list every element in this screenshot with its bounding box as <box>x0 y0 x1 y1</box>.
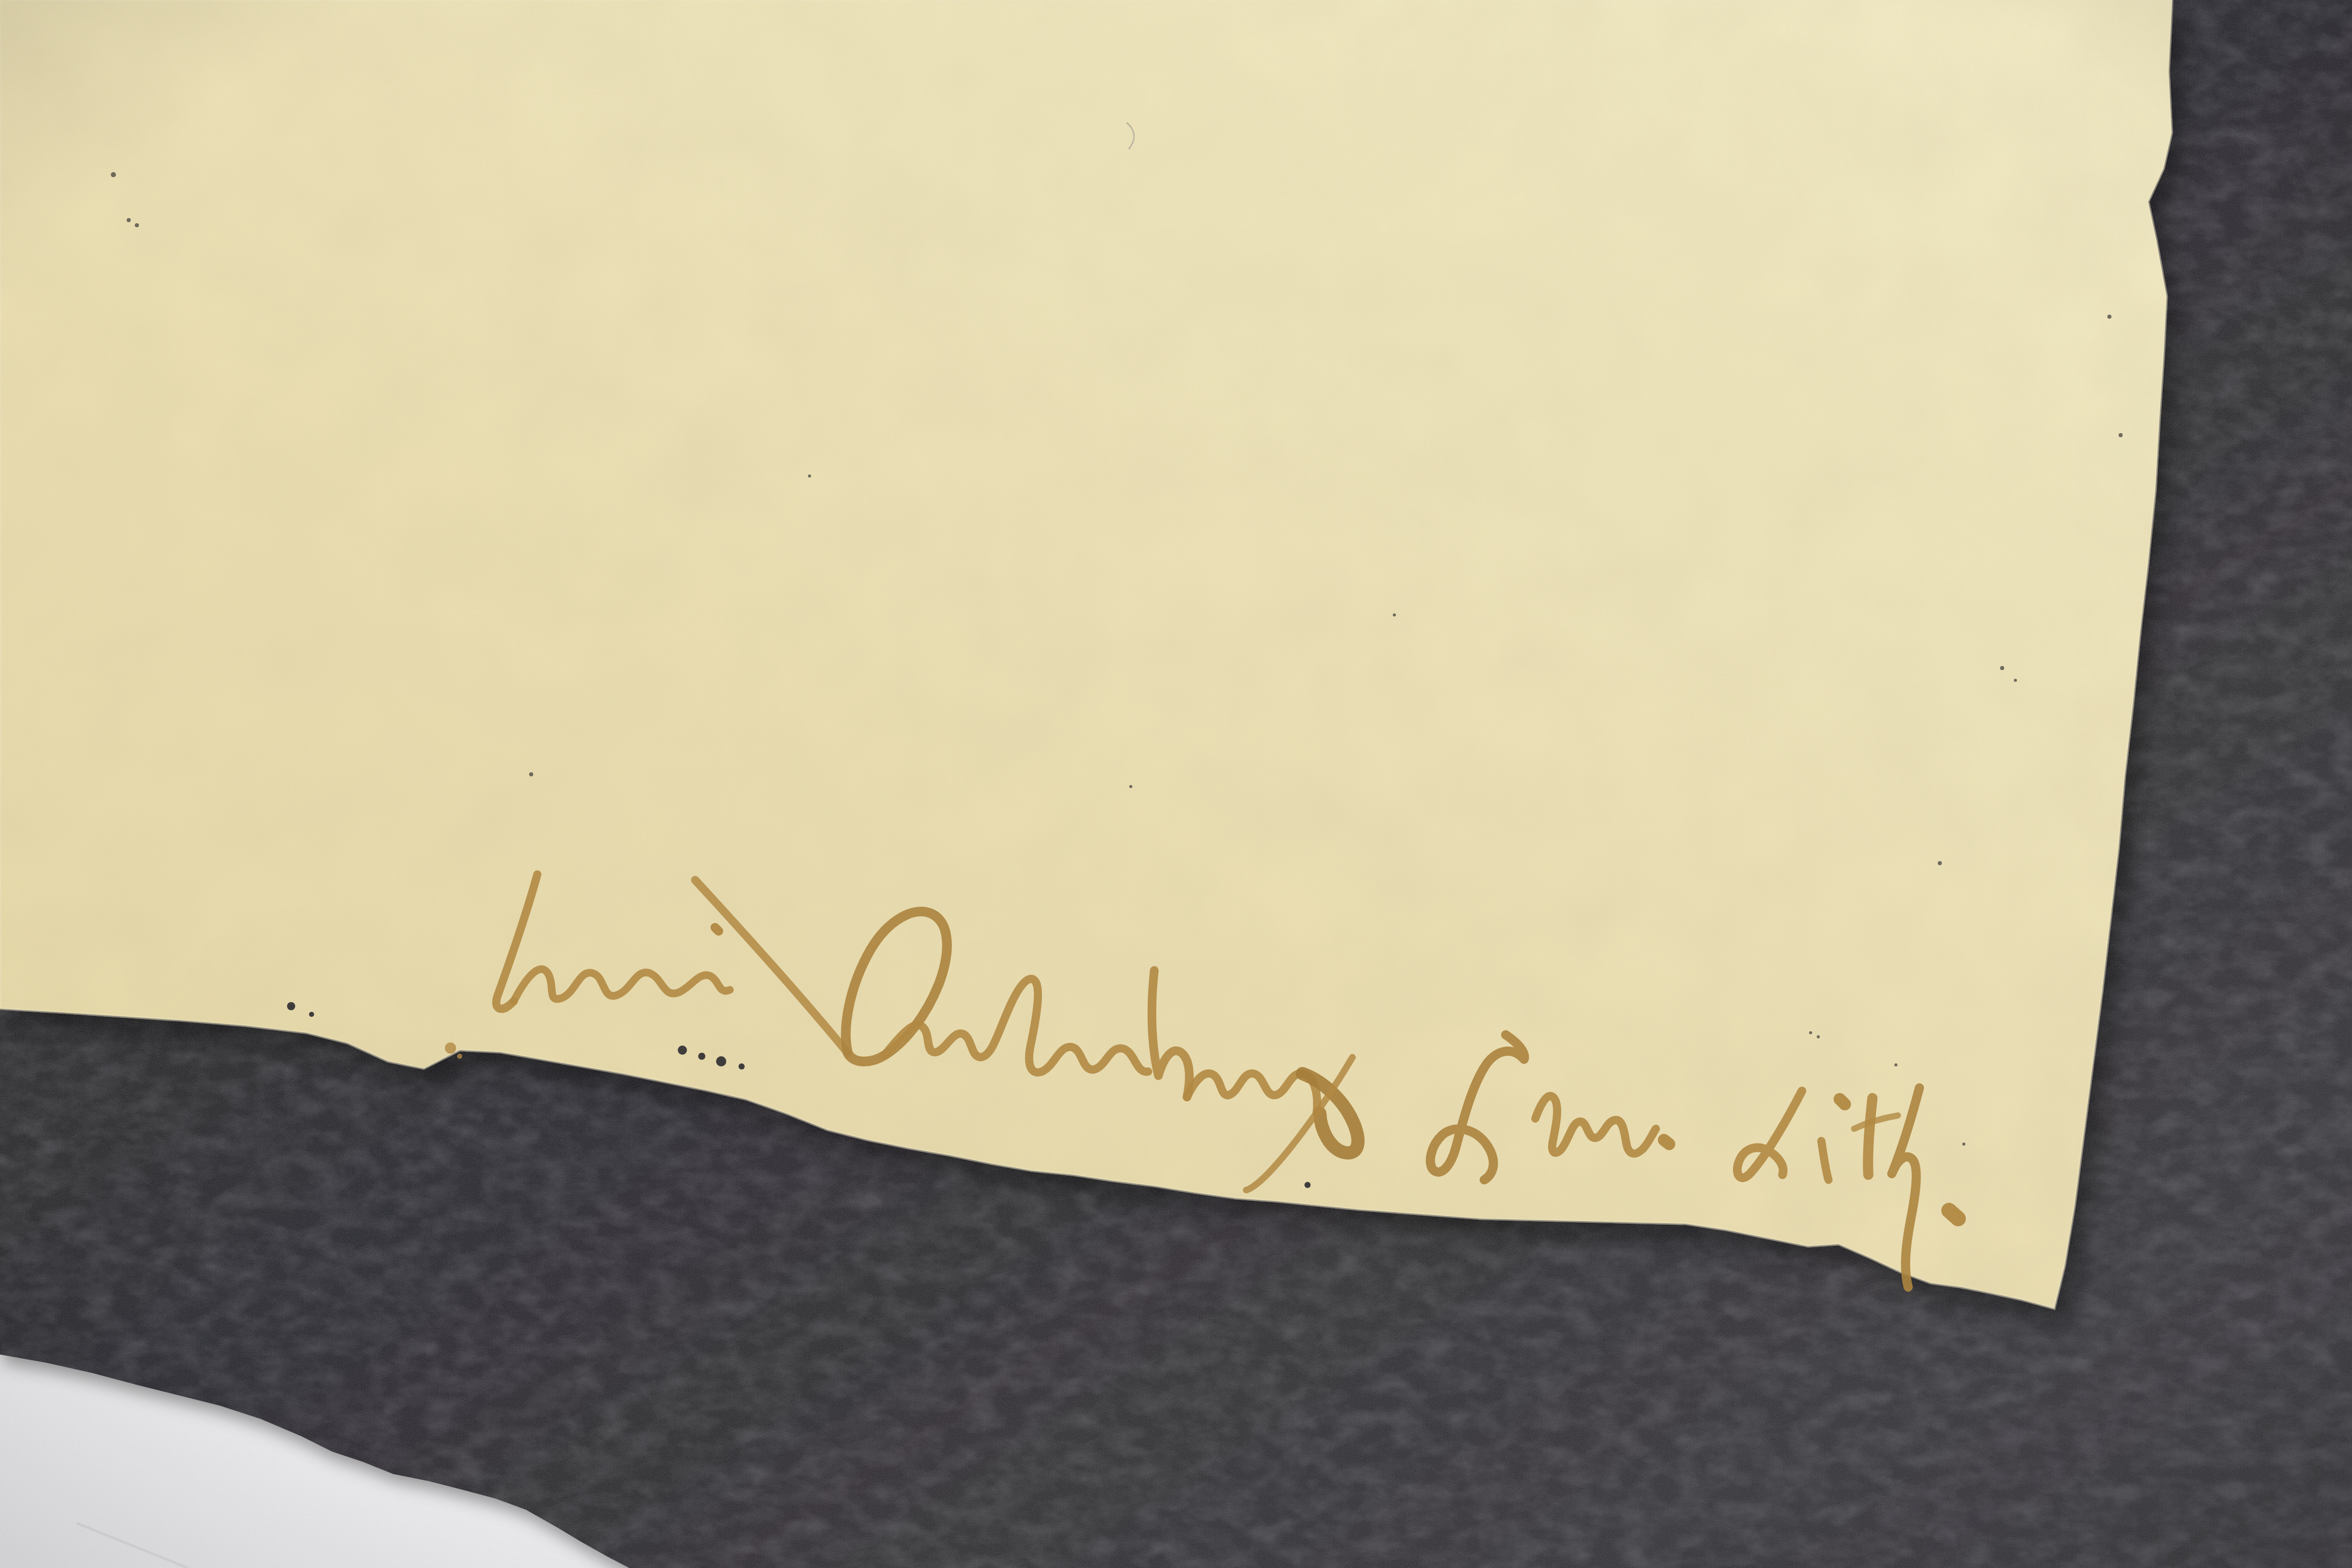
photograph-signed-print-corner: Henri Deschamps Grav. Lith. Henri Descha… <box>0 0 2352 1568</box>
photo-canvas: Henri Deschamps Grav. Lith. <box>0 0 2352 1568</box>
vignette-overlay <box>0 0 2352 1568</box>
